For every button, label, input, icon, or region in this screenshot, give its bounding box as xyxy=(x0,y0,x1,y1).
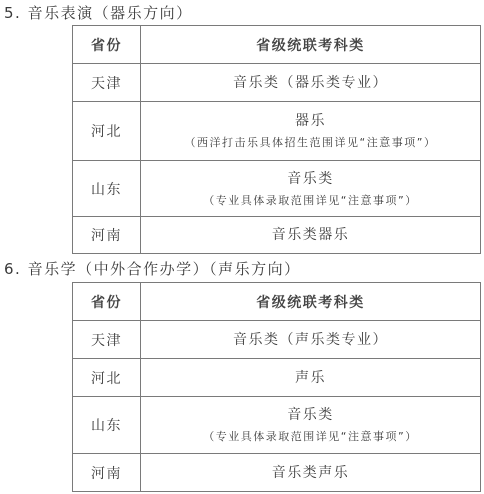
province-cell: 天津 xyxy=(73,64,141,102)
category-cell: 音乐类声乐 xyxy=(141,454,481,492)
header-province: 省份 xyxy=(73,26,141,64)
category-cell: 音乐类 （专业具体录取范围详见“注意事项”） xyxy=(141,161,481,217)
category-text: 音乐类（声乐类专业） xyxy=(141,330,480,350)
header-province: 省份 xyxy=(73,283,141,321)
category-note: （专业具体录取范围详见“注意事项”） xyxy=(141,429,480,445)
category-cell: 声乐 xyxy=(141,359,481,397)
category-cell: 器乐 （西洋打击乐具体招生范围详见“注意事项”） xyxy=(141,102,481,161)
section-title-musicology: 6. 音乐学（中外合作办学）（声乐方向） xyxy=(4,259,301,279)
category-text: 音乐类声乐 xyxy=(141,463,480,483)
table-row: 河北 器乐 （西洋打击乐具体招生范围详见“注意事项”） xyxy=(73,102,481,161)
section-title-music-performance: 5. 音乐表演（器乐方向） xyxy=(4,3,193,23)
category-text: 音乐类器乐 xyxy=(141,225,480,245)
category-cell: 音乐类器乐 xyxy=(141,217,481,254)
category-text: 器乐 xyxy=(141,111,480,131)
table-row: 天津 音乐类（器乐类专业） xyxy=(73,64,481,102)
category-cell: 音乐类（声乐类专业） xyxy=(141,321,481,359)
category-note: （专业具体录取范围详见“注意事项”） xyxy=(141,193,480,209)
table-header-row: 省份 省级统联考科类 xyxy=(73,26,481,64)
province-cell: 河北 xyxy=(73,102,141,161)
header-category: 省级统联考科类 xyxy=(141,283,481,321)
table-row: 河南 音乐类器乐 xyxy=(73,217,481,254)
category-text: 音乐类（器乐类专业） xyxy=(141,73,480,93)
table-musicology: 省份 省级统联考科类 天津 音乐类（声乐类专业） 河北 声乐 山东 音乐类 （专… xyxy=(72,282,481,492)
table-music-performance: 省份 省级统联考科类 天津 音乐类（器乐类专业） 河北 器乐 （西洋打击乐具体招… xyxy=(72,25,481,254)
table-row: 河南 音乐类声乐 xyxy=(73,454,481,492)
table-row: 山东 音乐类 （专业具体录取范围详见“注意事项”） xyxy=(73,397,481,454)
category-note: （西洋打击乐具体招生范围详见“注意事项”） xyxy=(141,135,480,151)
category-text: 音乐类 xyxy=(141,405,480,425)
province-cell: 山东 xyxy=(73,161,141,217)
category-cell: 音乐类（器乐类专业） xyxy=(141,64,481,102)
table-header-row: 省份 省级统联考科类 xyxy=(73,283,481,321)
province-cell: 山东 xyxy=(73,397,141,454)
category-cell: 音乐类 （专业具体录取范围详见“注意事项”） xyxy=(141,397,481,454)
province-cell: 河北 xyxy=(73,359,141,397)
category-text: 声乐 xyxy=(141,368,480,388)
table-row: 山东 音乐类 （专业具体录取范围详见“注意事项”） xyxy=(73,161,481,217)
table-row: 河北 声乐 xyxy=(73,359,481,397)
table-row: 天津 音乐类（声乐类专业） xyxy=(73,321,481,359)
province-cell: 河南 xyxy=(73,217,141,254)
category-text: 音乐类 xyxy=(141,169,480,189)
province-cell: 天津 xyxy=(73,321,141,359)
province-cell: 河南 xyxy=(73,454,141,492)
header-category: 省级统联考科类 xyxy=(141,26,481,64)
